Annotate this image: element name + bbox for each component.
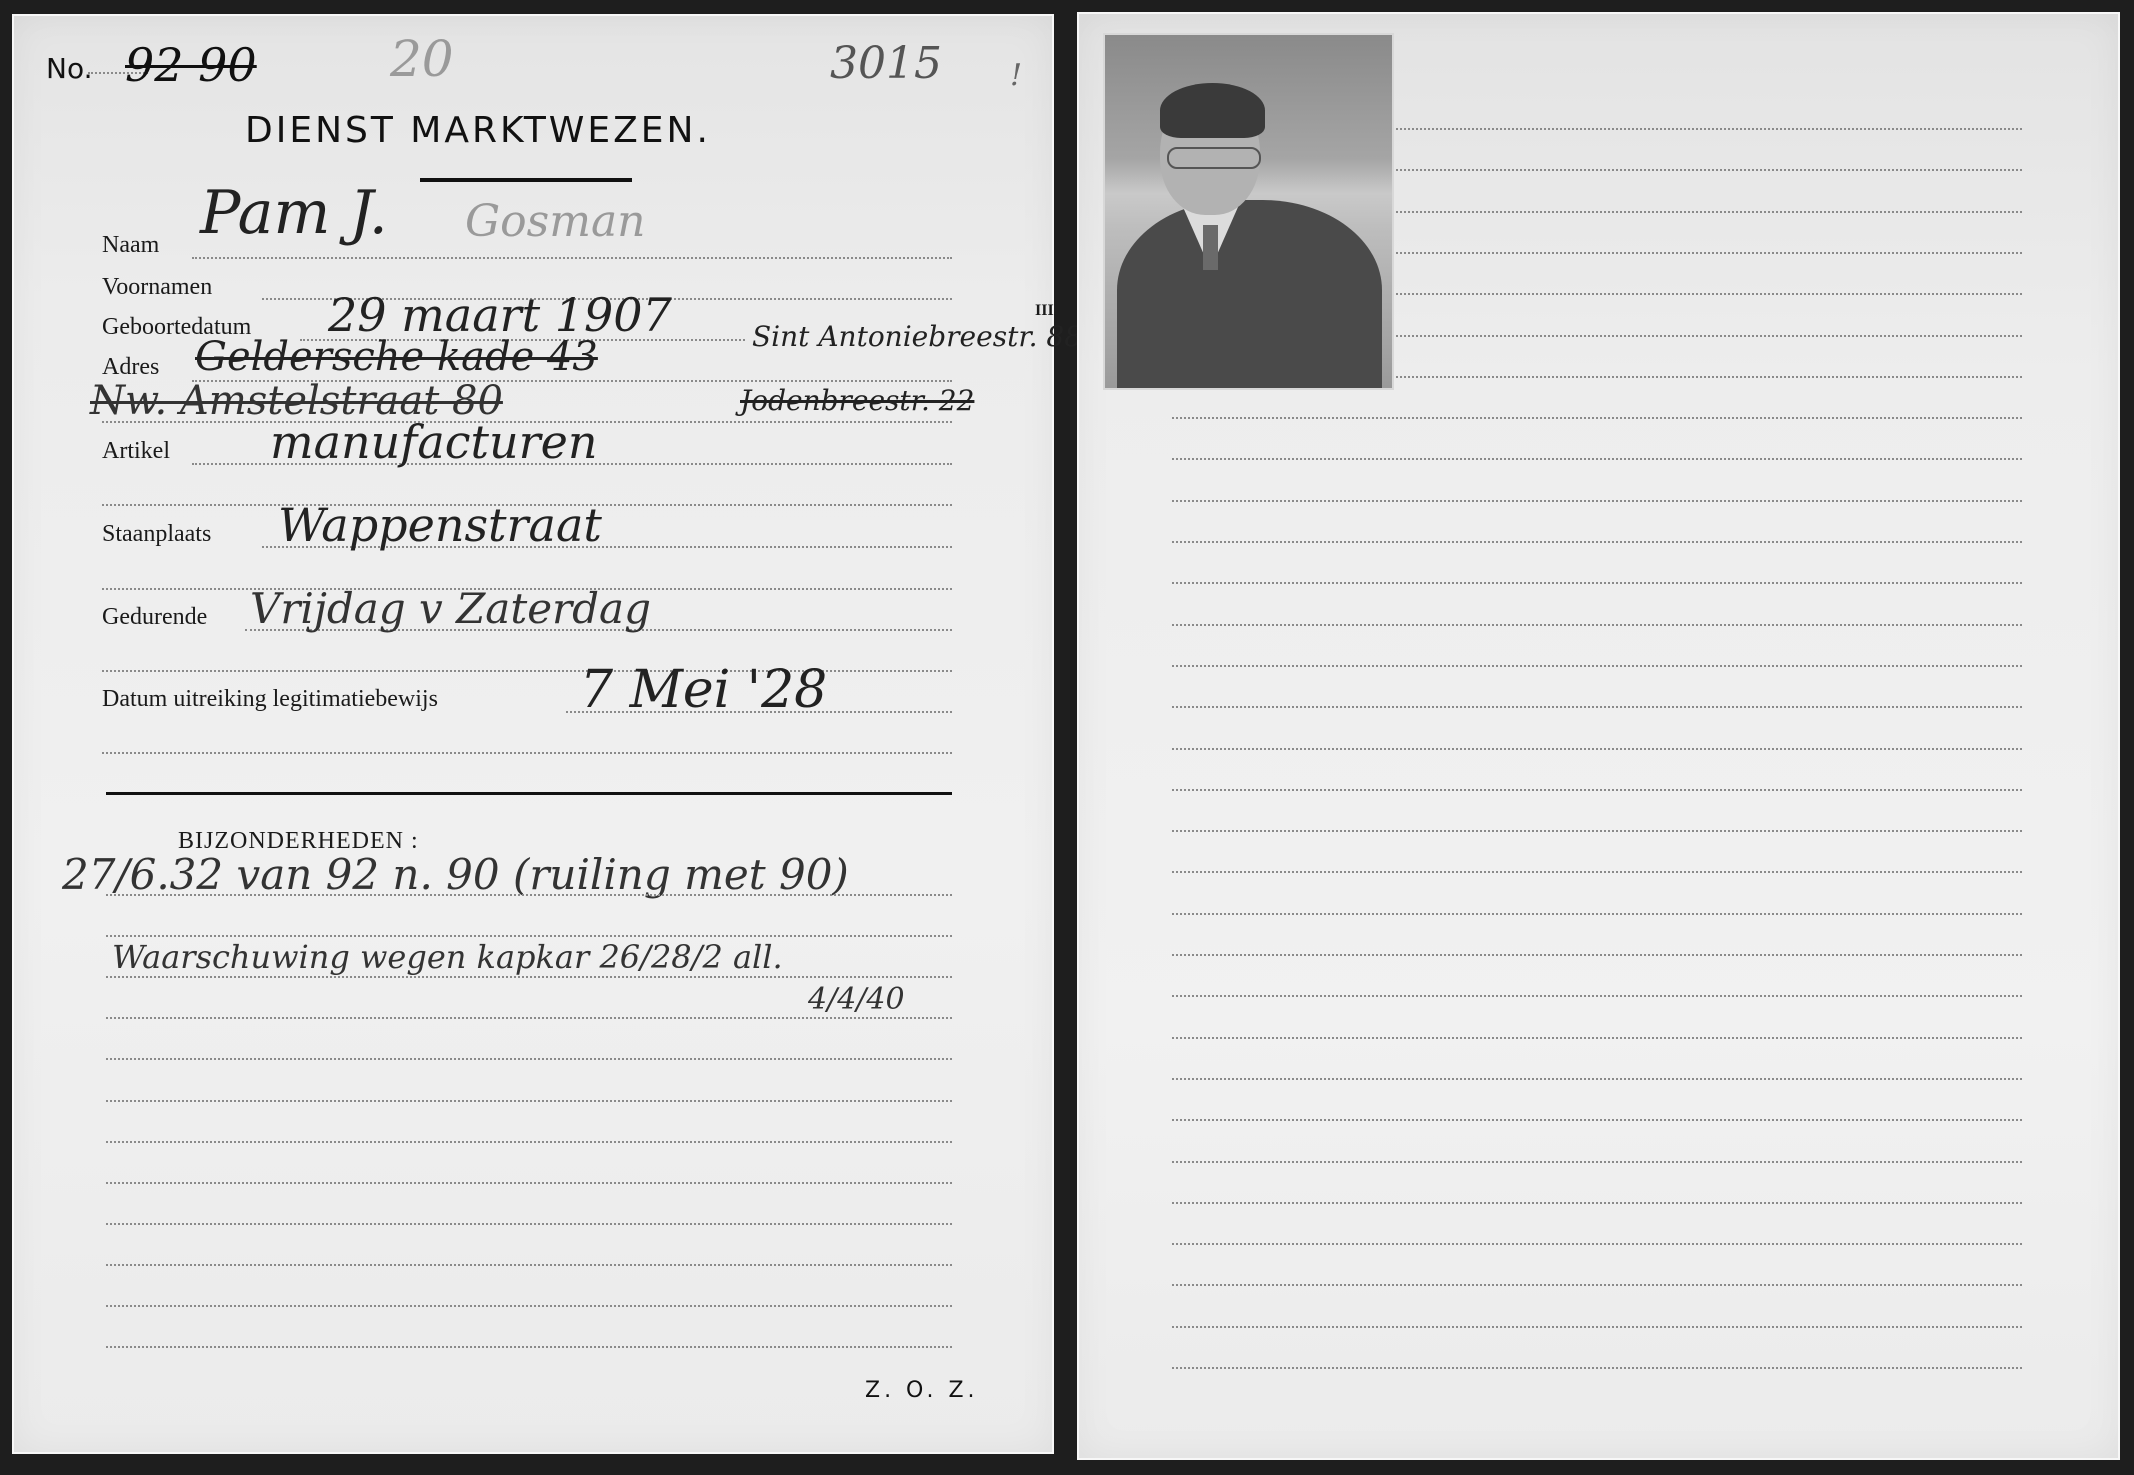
ruled-line: [106, 1141, 952, 1143]
ruled-line: [106, 894, 952, 896]
photo-hair: [1160, 83, 1265, 138]
ruled-line: [1172, 995, 2022, 997]
ruled-line: [1396, 376, 2022, 378]
value-staanplaats: Wappenstraat: [278, 498, 602, 552]
ruled-line: [1172, 624, 2022, 626]
ruled-line: [1396, 128, 2022, 130]
ruled-line: [1396, 335, 2022, 337]
page-title: DIENST MARKTWEZEN.: [245, 110, 711, 151]
ruled-line: [1172, 1202, 2022, 1204]
label-datum-uitreiking: Datum uitreiking legitimatiebewijs: [102, 686, 438, 713]
ruled-line: [106, 1346, 952, 1348]
ruled-line: [106, 976, 952, 978]
ruled-line: [1172, 748, 2022, 750]
address-crossed-out-3: Jodenbreestr. 22: [740, 384, 974, 417]
bijzonderheden-entry-3: 4/4/40: [808, 982, 905, 1017]
label-adres: Adres: [102, 354, 159, 381]
corner-mark: !: [1010, 58, 1022, 93]
ruled-line: [1172, 954, 2022, 956]
dotted-line-naam: [192, 257, 952, 259]
dotted-line-datum-2: [102, 752, 952, 754]
ruled-line: [1172, 871, 2022, 873]
bijzonderheden-entry-1: 27/6.32 van 92 n. 90 (ruiling met 90): [62, 850, 849, 899]
ruled-line: [1172, 1078, 2022, 1080]
ruled-line: [106, 1305, 952, 1307]
ruled-line: [1172, 706, 2022, 708]
address-crossed-out-1: Geldersche kade 43: [195, 334, 598, 380]
ruled-line: [1172, 1326, 2022, 1328]
ruled-line: [1396, 252, 2022, 254]
footer-zoz: Z. O. Z.: [865, 1378, 979, 1403]
pencil-note-naam: Gosman: [465, 196, 646, 247]
label-staanplaats: Staanplaats: [102, 521, 211, 548]
ruled-line: [1172, 830, 2022, 832]
photo-glasses: [1167, 147, 1261, 169]
ruled-line: [1172, 1161, 2022, 1163]
ruled-line: [1172, 582, 2022, 584]
ruled-line: [1396, 293, 2022, 295]
ruled-line: [106, 1223, 952, 1225]
value-gedurende: Vrijdag v Zaterdag: [250, 584, 651, 633]
value-naam: Pam J.: [200, 178, 388, 248]
photo-jacket: [1117, 200, 1382, 388]
ruled-line: [1172, 1119, 2022, 1121]
bijzonderheden-entry-2: Waarschuwing wegen kapkar 26/28/2 all.: [112, 938, 783, 976]
address-floor-mark: III: [1035, 302, 1054, 320]
label-gedurende: Gedurende: [102, 604, 207, 631]
address-current: Sint Antoniebreestr. 88: [752, 320, 1082, 353]
title-rule: [420, 178, 632, 182]
ruled-line: [106, 935, 952, 937]
ruled-line: [106, 1264, 952, 1266]
value-datum-uitreiking: 7 Mei '28: [580, 660, 827, 720]
ruled-line: [106, 1182, 952, 1184]
value-artikel: manufacturen: [270, 415, 597, 469]
ruled-line: [1396, 211, 2022, 213]
ruled-line: [1172, 913, 2022, 915]
ruled-line: [1172, 665, 2022, 667]
ruled-line: [1172, 1367, 2022, 1369]
ruled-line: [1172, 500, 2022, 502]
section-divider: [106, 792, 952, 795]
ruled-line: [106, 1100, 952, 1102]
photo-tie: [1203, 225, 1218, 270]
label-voornamen: Voornamen: [102, 274, 212, 301]
portrait-photo: [1105, 35, 1392, 388]
ruled-line: [1172, 1037, 2022, 1039]
ruled-line: [1172, 541, 2022, 543]
ruled-line: [1172, 1243, 2022, 1245]
ruled-line: [106, 1017, 952, 1019]
number-crossed-out: 92 90: [125, 38, 257, 92]
ruled-line: [1172, 458, 2022, 460]
ruled-line: [1172, 417, 2022, 419]
ruled-line: [1396, 169, 2022, 171]
number-label: No.: [46, 52, 92, 85]
ruled-line: [1172, 1284, 2022, 1286]
ruled-line: [1172, 789, 2022, 791]
label-naam: Naam: [102, 232, 159, 259]
label-artikel: Artikel: [102, 438, 170, 465]
number-top-right: 3015: [830, 38, 942, 89]
ruled-line: [106, 1058, 952, 1060]
number-pencil: 20: [390, 30, 454, 88]
